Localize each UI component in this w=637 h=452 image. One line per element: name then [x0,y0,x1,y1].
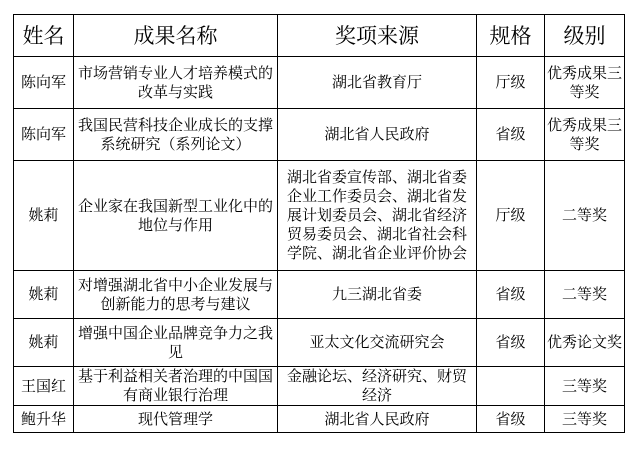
cell-name: 陈向军 [14,109,74,161]
cell-spec: 厅级 [477,57,545,109]
table-row: 姚莉 对增强湖北省中小企业发展与创新能力的思考与建议 九三湖北省委 省级 二等奖 [14,271,625,319]
cell-source: 金融论坛、经济研究、财贸经济 [278,367,477,406]
cell-level: 三等奖 [545,367,625,406]
cell-title: 增强中国企业品牌竞争力之我见 [74,319,278,367]
cell-spec: 省级 [477,109,545,161]
table-row: 王国红 基于利益相关者治理的中国国有商业银行治理 金融论坛、经济研究、财贸经济 … [14,367,625,406]
cell-name: 姚莉 [14,319,74,367]
table-row: 陈向军 市场营销专业人才培养模式的改革与实践 湖北省教育厅 厅级 优秀成果三等奖 [14,57,625,109]
cell-spec: 省级 [477,319,545,367]
cell-source: 九三湖北省委 [278,271,477,319]
cell-title: 我国民营科技企业成长的支撑系统研究（系列论文） [74,109,278,161]
cell-title: 市场营销专业人才培养模式的改革与实践 [74,57,278,109]
cell-level: 二等奖 [545,161,625,271]
cell-spec: 省级 [477,406,545,433]
cell-spec [477,367,545,406]
cell-level: 优秀成果三等奖 [545,109,625,161]
header-name: 姓名 [14,15,74,57]
cell-name: 姚莉 [14,271,74,319]
cell-level: 优秀成果三等奖 [545,57,625,109]
table-row: 姚莉 增强中国企业品牌竞争力之我见 亚太文化交流研究会 省级 优秀论文奖 [14,319,625,367]
header-title: 成果名称 [74,15,278,57]
cell-title: 企业家在我国新型工业化中的地位与作用 [74,161,278,271]
cell-name: 陈向军 [14,57,74,109]
table-row: 鲍升华 现代管理学 湖北省人民政府 省级 三等奖 [14,406,625,433]
cell-name: 姚莉 [14,161,74,271]
cell-level: 三等奖 [545,406,625,433]
table-row: 姚莉 企业家在我国新型工业化中的地位与作用 湖北省委宣传部、湖北省委企业工作委员… [14,161,625,271]
cell-title: 现代管理学 [74,406,278,433]
cell-name: 王国红 [14,367,74,406]
header-source: 奖项来源 [278,15,477,57]
awards-table: 姓名 成果名称 奖项来源 规格 级别 陈向军 市场营销专业人才培养模式的改革与实… [13,14,625,433]
header-level: 级别 [545,15,625,57]
cell-source: 湖北省人民政府 [278,109,477,161]
cell-name: 鲍升华 [14,406,74,433]
cell-title: 对增强湖北省中小企业发展与创新能力的思考与建议 [74,271,278,319]
cell-spec: 厅级 [477,161,545,271]
cell-source: 亚太文化交流研究会 [278,319,477,367]
cell-source: 湖北省教育厅 [278,57,477,109]
header-row: 姓名 成果名称 奖项来源 规格 级别 [14,15,625,57]
header-spec: 规格 [477,15,545,57]
cell-spec: 省级 [477,271,545,319]
cell-title: 基于利益相关者治理的中国国有商业银行治理 [74,367,278,406]
cell-source: 湖北省人民政府 [278,406,477,433]
cell-level: 二等奖 [545,271,625,319]
table-row: 陈向军 我国民营科技企业成长的支撑系统研究（系列论文） 湖北省人民政府 省级 优… [14,109,625,161]
cell-level: 优秀论文奖 [545,319,625,367]
cell-source: 湖北省委宣传部、湖北省委企业工作委员会、湖北省发展计划委员会、湖北省经济贸易委员… [278,161,477,271]
